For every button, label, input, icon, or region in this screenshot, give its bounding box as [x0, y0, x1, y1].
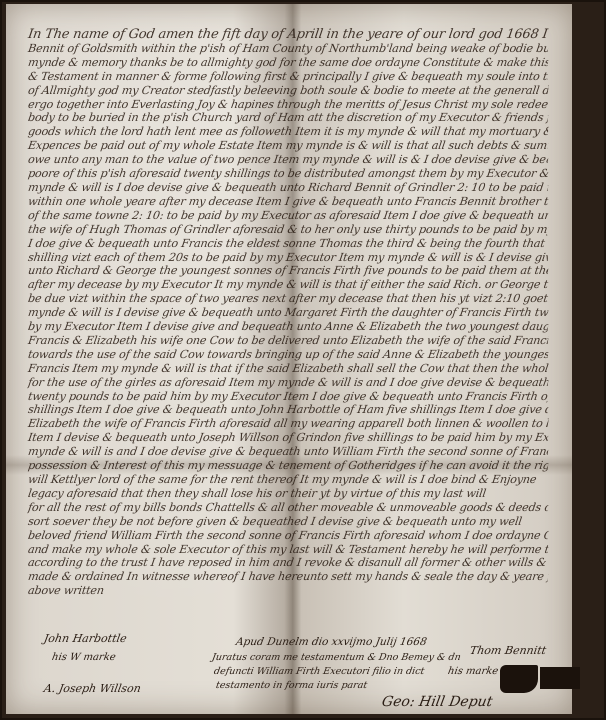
scan-frame — [0, 0, 606, 720]
